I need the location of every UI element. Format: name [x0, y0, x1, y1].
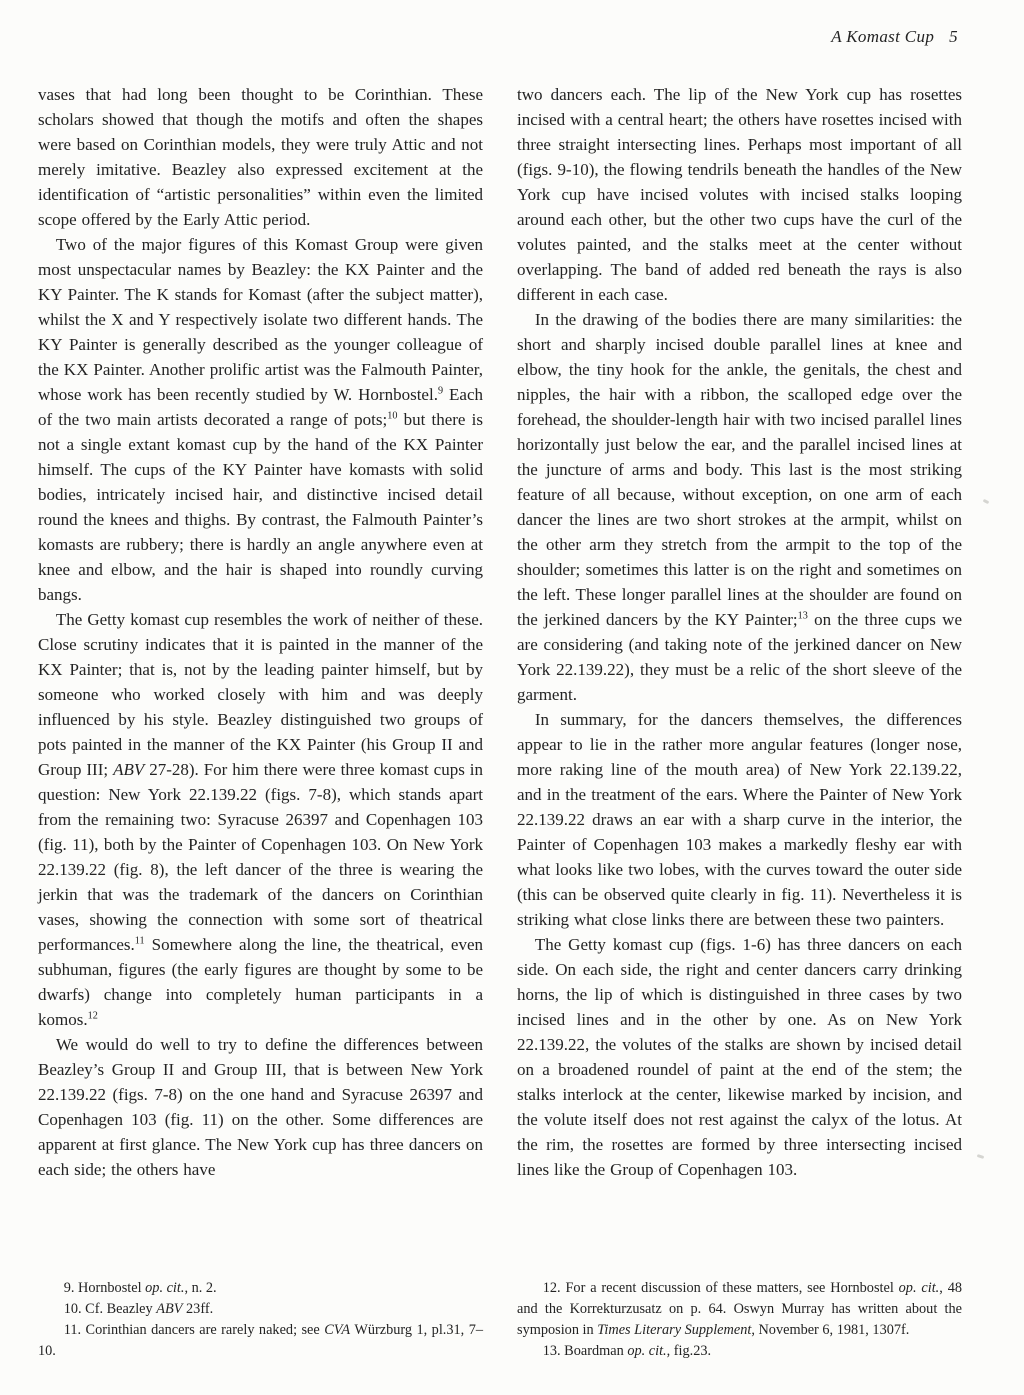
footnote: 11. Corinthian dancers are rarely naked;…	[38, 1320, 483, 1362]
left-column-body: vases that had long been thought to be C…	[38, 82, 483, 1182]
paragraph: In summary, for the dancers themselves, …	[517, 707, 962, 932]
footnote: 13. Boardman op. cit., fig.23.	[517, 1341, 962, 1362]
right-column: two dancers each. The lip of the New Yor…	[517, 82, 962, 1362]
text-columns: vases that had long been thought to be C…	[38, 82, 962, 1362]
paragraph: The Getty komast cup (figs. 1-6) has thr…	[517, 932, 962, 1182]
paragraph: two dancers each. The lip of the New Yor…	[517, 82, 962, 307]
left-column: vases that had long been thought to be C…	[38, 82, 483, 1362]
running-header: A Komast Cup5	[831, 27, 958, 47]
right-column-footnotes: 12. For a recent discussion of these mat…	[517, 1256, 962, 1362]
page-number: 5	[949, 27, 958, 46]
right-column-body: two dancers each. The lip of the New Yor…	[517, 82, 962, 1182]
footnote: 12. For a recent discussion of these mat…	[517, 1278, 962, 1341]
footnote: 10. Cf. Beazley ABV 23ff.	[38, 1299, 483, 1320]
paragraph: Two of the major figures of this Komast …	[38, 232, 483, 607]
footnote: 9. Hornbostel op. cit., n. 2.	[38, 1278, 483, 1299]
paragraph: The Getty komast cup resembles the work …	[38, 607, 483, 1032]
header-title: A Komast Cup	[831, 27, 934, 46]
paragraph: We would do well to try to define the di…	[38, 1032, 483, 1182]
left-column-footnotes: 9. Hornbostel op. cit., n. 2. 10. Cf. Be…	[38, 1256, 483, 1362]
scan-artifact	[983, 499, 990, 504]
scan-artifact	[977, 1154, 985, 1159]
paragraph: vases that had long been thought to be C…	[38, 82, 483, 232]
paragraph: In the drawing of the bodies there are m…	[517, 307, 962, 707]
book-page: A Komast Cup5 vases that had long been t…	[0, 0, 1024, 1395]
